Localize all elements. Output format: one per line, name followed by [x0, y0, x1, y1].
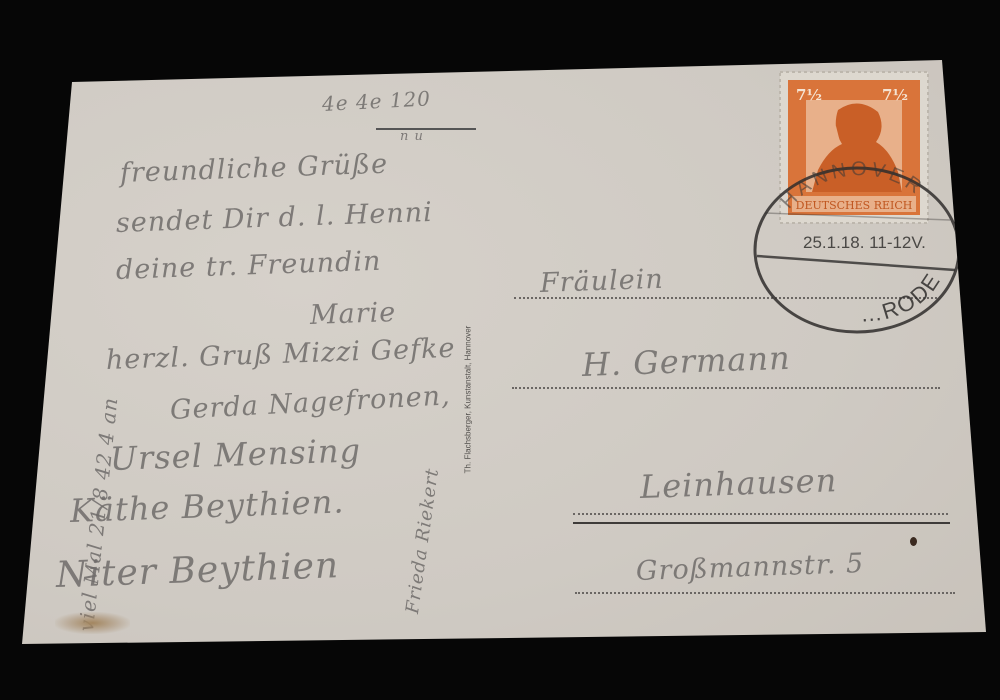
- postmark: HANNOVER 25.1.18. 11-12V. …RODE: [745, 158, 970, 338]
- address-rule-3-solid: [573, 522, 950, 524]
- message-line: deine tr. Freundin: [115, 246, 381, 286]
- postmark-top-arc: HANNOVER: [776, 158, 928, 213]
- header-note-underline: [376, 128, 476, 130]
- message-line: freundliche Grüße: [119, 149, 388, 189]
- message-line: sendet Dir d. l. Henni: [115, 197, 433, 239]
- svg-text:…RODE: …RODE: [859, 268, 945, 327]
- postmark-date: 25.1.18. 11-12V.: [803, 233, 926, 252]
- printer-imprint: Th. Flachsberger, Kunstanstalt, Hannover: [464, 300, 473, 500]
- header-note-sub: n u: [400, 129, 424, 144]
- address-rule-4: [575, 592, 955, 594]
- address-line-2: H. Germann: [581, 339, 791, 384]
- message-line: Marie: [309, 297, 396, 331]
- address-line-1: Fräulein: [539, 264, 664, 299]
- address-line-3: Leinhausen: [639, 461, 838, 506]
- age-stain: [55, 612, 130, 634]
- stamp-value-right: 7½: [882, 86, 908, 104]
- photo-backdrop: 4e 4e 120 n u freundliche Grüße sendet D…: [0, 0, 1000, 700]
- stamp-value-left: 7½: [796, 86, 822, 104]
- header-note: 4e 4e 120: [321, 86, 431, 116]
- pin-hole: [910, 537, 917, 546]
- message-line: herzl. Gruß Mizzi Gefke: [105, 333, 455, 376]
- address-rule-3: [573, 513, 948, 515]
- address-rule-2: [512, 387, 940, 389]
- side-vertical-signature: Frieda Riekert: [402, 467, 443, 615]
- message-line: Ursel Mensing: [109, 431, 361, 478]
- postcard: 4e 4e 120 n u freundliche Grüße sendet D…: [0, 0, 1000, 700]
- svg-text:HANNOVER: HANNOVER: [776, 158, 928, 213]
- address-line-4: Großmannstr. 5: [635, 548, 864, 587]
- postmark-bottom-arc: …RODE: [859, 268, 945, 327]
- message-line: Gerda Nagefronen,: [169, 380, 451, 426]
